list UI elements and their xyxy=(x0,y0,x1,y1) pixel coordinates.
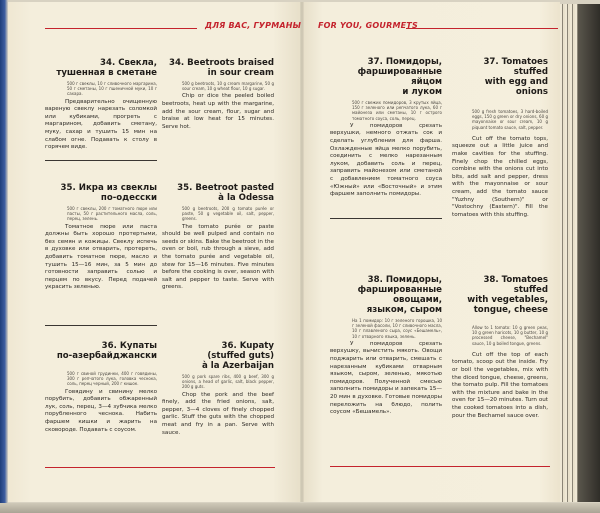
recipe-title: 34. Свекла, тушенная в сметане xyxy=(45,58,157,78)
page-footer-rule-right xyxy=(330,466,550,467)
recipe-method: Chip or dice the peeled boiled beetroots… xyxy=(162,93,274,131)
recipe-method: Предварительно очищенную вареную свеклу … xyxy=(45,99,157,152)
recipe-38-ru: 38. Помидоры, фаршированные овощами, язы… xyxy=(330,275,442,417)
recipe-36-ru: 36. Купаты по-азербайджански 500 г свино… xyxy=(45,341,157,434)
open-cookbook-spread: ДЛЯ ВАС, ГУРМАНЫ FOR YOU, GOURMETS 34. С… xyxy=(0,0,600,513)
recipe-35-en: 35. Beetroot pasted à la Odessa 500 g be… xyxy=(162,183,274,292)
recipe-ingredients: 500 г свеклы, 200 г томатного пюре или п… xyxy=(67,206,157,222)
recipe-37-ru: 37. Помидоры, фаршированные яйцом и луко… xyxy=(330,57,442,199)
recipe-37-en: 37. Tomatoes stuffed with egg and onions… xyxy=(452,57,548,219)
recipe-38-en: 38. Tomatoes stuffed with vegetables, to… xyxy=(452,275,548,420)
recipe-method: Cut off the top of each tomato, scoop ou… xyxy=(452,352,548,420)
recipe-divider xyxy=(45,325,157,326)
book-gutter xyxy=(300,2,304,502)
page-stack-edge xyxy=(560,4,600,502)
running-head-right: FOR YOU, GOURMETS xyxy=(318,21,418,30)
recipe-title: 37. Tomatoes stuffed with egg and onions xyxy=(452,57,548,97)
recipe-divider xyxy=(45,160,157,161)
recipe-method: Chop the pork and the beef finely, add t… xyxy=(162,392,274,438)
recipe-method: У помидоров срезать верхушки, немного от… xyxy=(330,123,442,199)
recipe-title: 35. Beetroot pasted à la Odessa xyxy=(162,183,274,203)
header-rule-left xyxy=(45,28,197,29)
recipe-34-ru: 34. Свекла, тушенная в сметане 500 г све… xyxy=(45,58,157,152)
recipe-ingredients: 500 g pork spare ribs, 400 g beef, 300 g… xyxy=(182,374,274,390)
recipe-34-en: 34. Beetroots braised in sour cream 500 … xyxy=(162,58,274,131)
recipe-35-ru: 35. Икра из свеклы по-одесски 500 г свек… xyxy=(45,183,157,292)
recipe-ingredients: На 1 помидор: 10 г зеленого горошка, 10 … xyxy=(352,318,442,339)
page-footer-rule-left xyxy=(45,467,275,468)
recipe-title: 37. Помидоры, фаршированные яйцом и луко… xyxy=(330,57,442,97)
recipe-method: The tomato purée or paste should be well… xyxy=(162,224,274,292)
recipe-ingredients: 500 g fresh tomatoes, 3 hard-boiled eggs… xyxy=(472,109,548,130)
recipe-method: Говядину и свинину мелко порубить, добав… xyxy=(45,389,157,435)
recipe-ingredients: 500 г свеклы, 10 г сливочного маргарина,… xyxy=(67,81,157,97)
recipe-ingredients: 500 г свежих помидоров, 3 крутых яйца, 1… xyxy=(352,100,442,121)
recipe-title: 36. Купаты по-азербайджански xyxy=(45,341,157,361)
recipe-method: Томатное пюре или паста должны быть хоро… xyxy=(45,224,157,292)
recipe-title: 35. Икра из свеклы по-одесски xyxy=(45,183,157,203)
recipe-title: 38. Помидоры, фаршированные овощами, язы… xyxy=(330,275,442,315)
recipe-ingredients: Allow to 1 tomato: 10 g green peas, 10 g… xyxy=(472,325,548,346)
recipe-divider xyxy=(330,218,442,219)
recipe-method: У помидоров срезать верхушку, вычистить … xyxy=(330,341,442,417)
recipe-title: 34. Beetroots braised in sour cream xyxy=(162,58,274,78)
book-cover-edge xyxy=(0,0,8,513)
recipe-method: Cut off the tomato tops, squeeze out a l… xyxy=(452,136,548,220)
recipe-ingredients: 500 g beetroots, 10 g cream margarine, 5… xyxy=(182,81,274,91)
recipe-title: 38. Tomatoes stuffed with vegetables, to… xyxy=(452,275,548,315)
book-bottom-edge xyxy=(0,503,600,513)
recipe-ingredients: 500 г свиной грудинки, 400 г говядины, 3… xyxy=(67,371,157,387)
recipe-title: 36. Kupaty (stuffed guts) à la Azerbaija… xyxy=(162,341,274,371)
recipe-36-en: 36. Kupaty (stuffed guts) à la Azerbaija… xyxy=(162,341,274,437)
running-head-left: ДЛЯ ВАС, ГУРМАНЫ xyxy=(205,21,301,30)
header-rule-right xyxy=(406,28,558,29)
recipe-ingredients: 500 g beetroots, 200 g tomato purée or p… xyxy=(182,206,274,222)
